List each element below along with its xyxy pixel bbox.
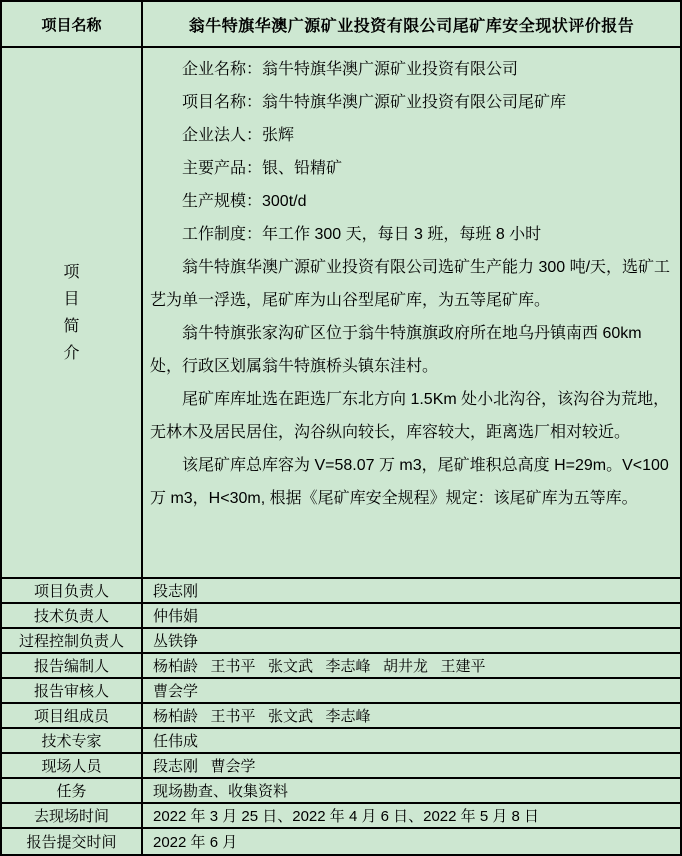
row-label: 项目组成员 bbox=[2, 704, 143, 727]
table-row: 技术专家 任伟成 bbox=[2, 729, 680, 754]
intro-paragraph: 尾矿库库址选在距选厂东北方向 1.5Km 处小北沟谷，该沟谷为荒地，无林木及居民… bbox=[150, 383, 674, 449]
intro-label: 项目简介 bbox=[63, 259, 80, 367]
table-row: 过程控制负责人 丛铁铮 bbox=[2, 629, 680, 654]
row-label: 报告审核人 bbox=[2, 679, 143, 702]
row-value: 2022 年 6 月 bbox=[143, 829, 680, 854]
row-label: 去现场时间 bbox=[2, 804, 143, 827]
table-row: 报告提交时间 2022 年 6 月 bbox=[2, 829, 680, 854]
intro-body-cell: 企业名称：翁牛特旗华澳广源矿业投资有限公司 项目名称：翁牛特旗华澳广源矿业投资有… bbox=[143, 48, 680, 577]
table-row: 去现场时间 2022 年 3 月 25 日、2022 年 4 月 6 日、202… bbox=[2, 804, 680, 829]
row-label: 过程控制负责人 bbox=[2, 629, 143, 652]
intro-label-cell: 项目简介 bbox=[2, 48, 143, 577]
row-label: 技术负责人 bbox=[2, 604, 143, 627]
row-value: 丛铁铮 bbox=[143, 629, 680, 652]
row-label: 项目负责人 bbox=[2, 579, 143, 602]
table-row: 技术负责人 仲伟娟 bbox=[2, 604, 680, 629]
report-title: 翁牛特旗华澳广源矿业投资有限公司尾矿库安全现状评价报告 bbox=[189, 13, 635, 36]
project-info-table: 项目名称 翁牛特旗华澳广源矿业投资有限公司尾矿库安全现状评价报告 项目简介 企业… bbox=[0, 0, 682, 856]
intro-paragraph: 项目名称：翁牛特旗华澳广源矿业投资有限公司尾矿库 bbox=[150, 86, 674, 119]
intro-paragraph: 该尾矿库总库容为 V=58.07 万 m3，尾矿堆积总高度 H=29m。V<10… bbox=[150, 449, 674, 515]
table-row: 项目组成员 杨柏龄 王书平 张文武 李志峰 bbox=[2, 704, 680, 729]
table-row: 任务 现场勘查、收集资料 bbox=[2, 779, 680, 804]
row-label: 任务 bbox=[2, 779, 143, 802]
table-row: 项目负责人 段志刚 bbox=[2, 579, 680, 604]
row-label: 报告编制人 bbox=[2, 654, 143, 677]
row-value: 段志刚 曹会学 bbox=[143, 754, 680, 777]
intro-paragraph: 工作制度：年工作 300 天，每日 3 班，每班 8 小时 bbox=[150, 218, 674, 251]
row-value: 杨柏龄 王书平 张文武 李志峰 胡井龙 王建平 bbox=[143, 654, 680, 677]
row-value: 仲伟娟 bbox=[143, 604, 680, 627]
table-row-header: 项目名称 翁牛特旗华澳广源矿业投资有限公司尾矿库安全现状评价报告 bbox=[2, 2, 680, 48]
row-value: 现场勘查、收集资料 bbox=[143, 779, 680, 802]
table-row: 现场人员 段志刚 曹会学 bbox=[2, 754, 680, 779]
row-label: 现场人员 bbox=[2, 754, 143, 777]
row-label: 报告提交时间 bbox=[2, 829, 143, 854]
row-label: 技术专家 bbox=[2, 729, 143, 752]
table-row: 报告编制人 杨柏龄 王书平 张文武 李志峰 胡井龙 王建平 bbox=[2, 654, 680, 679]
row-value: 任伟成 bbox=[143, 729, 680, 752]
header-title-cell: 翁牛特旗华澳广源矿业投资有限公司尾矿库安全现状评价报告 bbox=[143, 2, 680, 46]
intro-paragraph: 翁牛特旗华澳广源矿业投资有限公司选矿生产能力 300 吨/天，选矿工艺为单一浮选… bbox=[150, 251, 674, 317]
table-row: 报告审核人 曹会学 bbox=[2, 679, 680, 704]
row-value: 2022 年 3 月 25 日、2022 年 4 月 6 日、2022 年 5 … bbox=[143, 804, 680, 827]
intro-paragraph: 生产规模：300t/d bbox=[150, 185, 674, 218]
intro-paragraph: 翁牛特旗张家沟矿区位于翁牛特旗旗政府所在地乌丹镇南西 60km 处，行政区划属翁… bbox=[150, 317, 674, 383]
intro-paragraph: 企业法人：张辉 bbox=[150, 119, 674, 152]
intro-paragraph: 主要产品：银、铅精矿 bbox=[150, 152, 674, 185]
header-label-cell: 项目名称 bbox=[2, 2, 143, 46]
header-label: 项目名称 bbox=[41, 14, 101, 35]
intro-paragraph: 企业名称：翁牛特旗华澳广源矿业投资有限公司 bbox=[150, 53, 674, 86]
table-row-intro: 项目简介 企业名称：翁牛特旗华澳广源矿业投资有限公司 项目名称：翁牛特旗华澳广源… bbox=[2, 48, 680, 579]
row-value: 段志刚 bbox=[143, 579, 680, 602]
row-value: 曹会学 bbox=[143, 679, 680, 702]
row-value: 杨柏龄 王书平 张文武 李志峰 bbox=[143, 704, 680, 727]
